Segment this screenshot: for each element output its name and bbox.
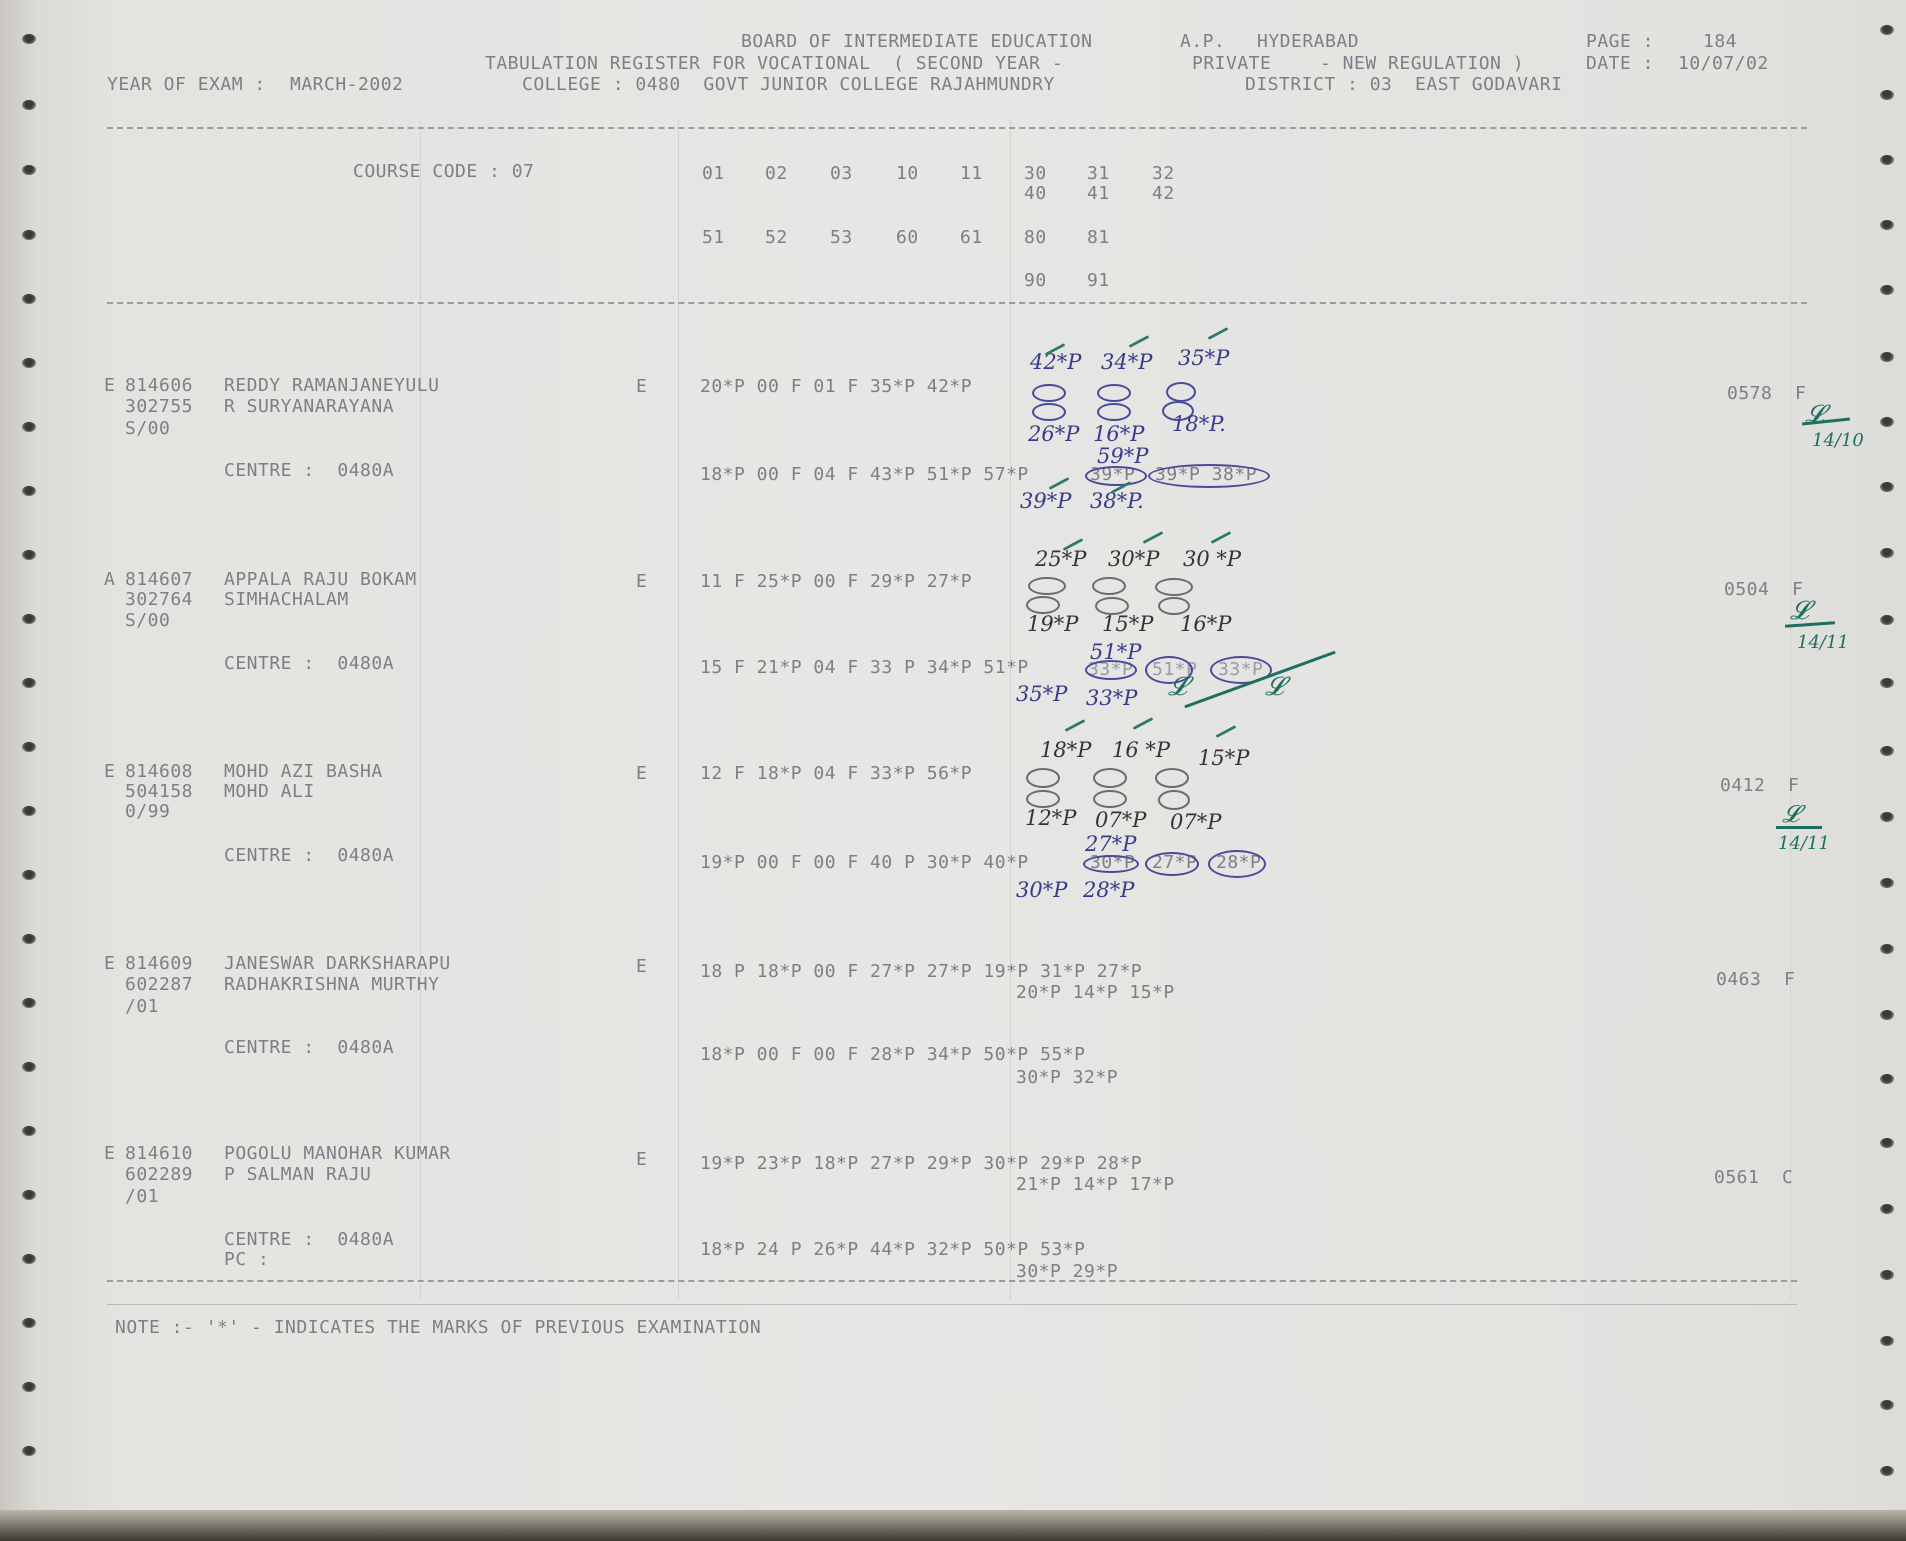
circle-mark <box>1148 464 1270 488</box>
feed-hole <box>22 1382 36 1392</box>
feed-hole <box>22 998 36 1008</box>
feed-hole <box>22 614 36 624</box>
handwritten-mark: 25*P <box>1035 547 1086 571</box>
board-city: HYDERABAD <box>1257 32 1359 52</box>
feed-hole <box>1880 1270 1894 1280</box>
marks-row-1b: 20*P 14*P 15*P <box>1016 983 1175 1003</box>
subject-code: 10 <box>896 164 919 184</box>
separator <box>107 1280 1797 1282</box>
feed-hole <box>22 1446 36 1456</box>
date-label: DATE : <box>1586 54 1654 74</box>
status-flag: E <box>104 762 115 782</box>
status-flag: E <box>104 376 115 396</box>
circled-n-mark <box>1097 384 1131 402</box>
student-code: 602287 <box>125 975 193 995</box>
signature-date: 14/11 <box>1778 833 1830 854</box>
father-name: MOHD ALI <box>224 782 315 802</box>
feed-hole <box>22 678 36 688</box>
feed-hole <box>1880 352 1894 362</box>
feed-hole <box>1880 90 1894 100</box>
check-tick-icon <box>1129 335 1150 348</box>
subject-code: 90 <box>1024 271 1047 291</box>
feed-hole <box>1880 1010 1894 1020</box>
feed-hole <box>22 1190 36 1200</box>
feed-hole <box>22 100 36 110</box>
handwritten-mark: 38*P. <box>1090 489 1144 513</box>
handwritten-mark: 39*P <box>1020 489 1071 513</box>
marks-row-1: 11 F 25*P 00 F 29*P 27*P <box>700 572 972 592</box>
category: 0/99 <box>125 802 170 822</box>
hall-ticket: 814607 <box>125 570 193 590</box>
medium: E <box>636 572 647 592</box>
handwritten-mark: 27*P <box>1085 832 1136 856</box>
marks-row-2: 18*P 00 F 04 F 43*P 51*P 57*P <box>700 465 1029 485</box>
handwritten-mark: 16*P <box>1093 422 1144 446</box>
marks-row-1b: 21*P 14*P 17*P <box>1016 1175 1175 1195</box>
subject-code: 11 <box>960 164 983 184</box>
marks-row-1: 18 P 18*P 00 F 27*P 27*P 19*P 31*P 27*P <box>700 962 1142 982</box>
result: F <box>1784 970 1795 990</box>
handwritten-mark: 30*P <box>1016 878 1067 902</box>
circled-n-mark <box>1093 768 1127 788</box>
exam-type: PRIVATE <box>1192 54 1271 74</box>
column-rule <box>420 120 421 1300</box>
marks-row-2: 18*P 00 F 00 F 28*P 34*P 50*P 55*P <box>700 1045 1085 1065</box>
handwritten-mark: 16 *P <box>1112 738 1170 762</box>
feed-hole <box>22 1318 36 1328</box>
column-rule <box>1790 120 1791 1300</box>
circled-n-mark <box>1155 768 1189 788</box>
marks-row-2b: 30*P 29*P <box>1016 1262 1118 1282</box>
centre: CENTRE : 0480A <box>224 654 394 674</box>
circled-n-mark <box>1032 384 1066 402</box>
feed-hole <box>22 422 36 432</box>
course-code: COURSE CODE : 07 <box>353 162 534 182</box>
check-tick-icon <box>1211 531 1232 544</box>
feed-hole <box>1880 878 1894 888</box>
category: S/00 <box>125 419 170 439</box>
feed-hole <box>1880 944 1894 954</box>
circled-n-mark <box>1166 382 1196 402</box>
subject-code: 60 <box>896 228 919 248</box>
marks-row-1: 12 F 18*P 04 F 33*P 56*P <box>700 764 972 784</box>
centre: CENTRE : 0480A <box>224 1038 394 1058</box>
feed-hole <box>1880 220 1894 230</box>
subject-code: 02 <box>765 164 788 184</box>
subject-code: 51 <box>702 228 725 248</box>
year-of-exam-label: YEAR OF EXAM : <box>107 75 266 95</box>
check-tick-icon <box>1208 327 1229 340</box>
medium: E <box>636 377 647 397</box>
feed-hole <box>22 1126 36 1136</box>
handwritten-mark: 35*P <box>1178 346 1229 370</box>
board-title: BOARD OF INTERMEDIATE EDUCATION <box>741 32 1092 52</box>
pc-label: PC : <box>224 1250 269 1270</box>
initial-mark: 𝓛 <box>1265 672 1284 703</box>
circled-n-mark <box>1097 403 1131 421</box>
student-code: 602289 <box>125 1165 193 1185</box>
feed-hole <box>22 1062 36 1072</box>
feed-hole <box>1880 482 1894 492</box>
student-name: MOHD AZI BASHA <box>224 762 383 782</box>
circle-mark <box>1208 850 1266 878</box>
column-rule <box>1010 120 1011 1300</box>
subject-code: 01 <box>702 164 725 184</box>
feed-hole <box>1880 548 1894 558</box>
father-name: P SALMAN RAJU <box>224 1165 371 1185</box>
feed-hole <box>1880 678 1894 688</box>
centre: CENTRE : 0480A <box>224 1230 394 1250</box>
hall-ticket: 814608 <box>125 762 193 782</box>
circled-n-mark <box>1155 578 1193 596</box>
total-marks: 0412 <box>1720 776 1765 796</box>
father-name: SIMHACHALAM <box>224 590 349 610</box>
handwritten-mark: 59*P <box>1097 444 1148 468</box>
signature-date: 14/11 <box>1797 632 1849 653</box>
handwritten-mark: 30 *P <box>1183 547 1241 571</box>
feed-hole <box>22 34 36 44</box>
tabulation-register-sheet: BOARD OF INTERMEDIATE EDUCATION A.P. HYD… <box>0 0 1906 1530</box>
feed-hole <box>22 358 36 368</box>
total-marks: 0504 <box>1724 580 1769 600</box>
total-marks: 0578 <box>1727 384 1772 404</box>
feed-hole <box>22 742 36 752</box>
centre: CENTRE : 0480A <box>224 846 394 866</box>
marks-row-2: 19*P 00 F 00 F 40 P 30*P 40*P <box>700 853 1029 873</box>
feed-hole <box>1880 155 1894 165</box>
category: /01 <box>125 997 159 1017</box>
separator <box>107 1304 1797 1305</box>
subject-code: 52 <box>765 228 788 248</box>
feed-hole <box>1880 285 1894 295</box>
marks-row-2: 15 F 21*P 04 F 33 P 34*P 51*P <box>700 658 1029 678</box>
signature-date: 14/10 <box>1812 430 1864 451</box>
father-name: R SURYANARAYANA <box>224 397 394 417</box>
initial-mark: 𝓛 <box>1168 672 1187 703</box>
category: S/00 <box>125 611 170 631</box>
page-number: 184 <box>1703 32 1737 52</box>
handwritten-mark: 12*P <box>1025 806 1076 830</box>
page-shadow <box>0 1510 1906 1541</box>
handwritten-mark: 18*P. <box>1172 412 1226 436</box>
handwritten-mark: 34*P <box>1101 350 1152 374</box>
handwritten-mark: 42*P <box>1030 350 1081 374</box>
status-flag: A <box>104 570 115 590</box>
subject-code: 03 <box>830 164 853 184</box>
feed-hole <box>1880 812 1894 822</box>
subject-code: 42 <box>1152 184 1175 204</box>
board-state: A.P. <box>1180 32 1225 52</box>
feed-hole <box>1880 1336 1894 1346</box>
subject-code: 30 <box>1024 164 1047 184</box>
student-name: POGOLU MANOHAR KUMAR <box>224 1144 451 1164</box>
signature-stroke <box>1776 826 1822 829</box>
hall-ticket: 814610 <box>125 1144 193 1164</box>
handwritten-mark: 07*P <box>1095 808 1146 832</box>
result: C <box>1782 1168 1793 1188</box>
feed-hole <box>1880 1466 1894 1476</box>
marks-row-1: 20*P 00 F 01 F 35*P 42*P <box>700 377 972 397</box>
year-of-exam: MARCH-2002 <box>290 75 403 95</box>
register-title: TABULATION REGISTER FOR VOCATIONAL ( SEC… <box>485 54 1063 74</box>
student-name: APPALA RAJU BOKAM <box>224 570 417 590</box>
subject-code: 40 <box>1024 184 1047 204</box>
subject-code: 61 <box>960 228 983 248</box>
marks-row-2: 18*P 24 P 26*P 44*P 32*P 50*P 53*P <box>700 1240 1085 1260</box>
feed-hole <box>1880 25 1894 35</box>
marks-row-2b: 30*P 32*P <box>1016 1068 1118 1088</box>
handwritten-mark: 15*P <box>1102 612 1153 636</box>
feed-hole <box>22 294 36 304</box>
handwritten-mark: 16*P <box>1180 612 1231 636</box>
district-info: DISTRICT : 03 EAST GODAVARI <box>1245 75 1562 95</box>
feed-hole <box>1880 1074 1894 1084</box>
handwritten-mark: 15*P <box>1198 746 1249 770</box>
student-name: JANESWAR DARKSHARAPU <box>224 954 451 974</box>
feed-hole <box>1880 746 1894 756</box>
circled-n-mark <box>1093 790 1127 808</box>
hall-ticket: 814606 <box>125 376 193 396</box>
feed-hole <box>1880 1138 1894 1148</box>
subject-code: 91 <box>1087 271 1110 291</box>
circled-n-mark <box>1028 577 1066 595</box>
student-name: REDDY RAMANJANEYULU <box>224 376 439 396</box>
examiner-signature: 𝓛 <box>1805 400 1824 431</box>
handwritten-mark: 51*P <box>1090 640 1141 664</box>
circle-mark <box>1145 852 1199 876</box>
feed-hole <box>22 870 36 880</box>
student-code: 302764 <box>125 590 193 610</box>
father-name: RADHAKRISHNA MURTHY <box>224 975 439 995</box>
subject-code: 53 <box>830 228 853 248</box>
feed-hole <box>1880 1204 1894 1214</box>
status-flag: E <box>104 954 115 974</box>
college-info: COLLEGE : 0480 GOVT JUNIOR COLLEGE RAJAH… <box>522 75 1055 95</box>
subject-code: 80 <box>1024 228 1047 248</box>
circled-n-mark <box>1032 403 1066 421</box>
circled-n-mark <box>1026 768 1060 788</box>
handwritten-mark: 28*P <box>1083 878 1134 902</box>
circle-mark <box>1083 855 1139 873</box>
check-tick-icon <box>1133 717 1154 730</box>
feed-hole <box>22 550 36 560</box>
medium: E <box>636 957 647 977</box>
examiner-signature: 𝓛 <box>1782 800 1799 828</box>
subject-code: 41 <box>1087 184 1110 204</box>
handwritten-mark: 33*P <box>1086 686 1137 710</box>
student-code: 504158 <box>125 782 193 802</box>
handwritten-mark: 26*P <box>1028 422 1079 446</box>
footer-note: NOTE :- '*' - INDICATES THE MARKS OF PRE… <box>115 1318 761 1338</box>
handwritten-mark: 35*P <box>1016 682 1067 706</box>
regulation: - NEW REGULATION ) <box>1320 54 1524 74</box>
total-marks: 0561 <box>1714 1168 1759 1188</box>
subject-code: 31 <box>1087 164 1110 184</box>
check-tick-icon <box>1143 531 1164 544</box>
status-flag: E <box>104 1144 115 1164</box>
medium: E <box>636 1150 647 1170</box>
check-tick-icon <box>1065 719 1086 732</box>
result: F <box>1788 776 1799 796</box>
circled-n-mark <box>1092 577 1126 595</box>
subject-code: 32 <box>1152 164 1175 184</box>
feed-hole <box>22 165 36 175</box>
print-date: 10/07/02 <box>1678 54 1769 74</box>
marks-row-1: 19*P 23*P 18*P 27*P 29*P 30*P 29*P 28*P <box>700 1154 1142 1174</box>
feed-hole <box>1880 615 1894 625</box>
handwritten-mark: 07*P <box>1170 810 1221 834</box>
separator <box>107 302 1807 304</box>
check-tick-icon <box>1216 725 1237 738</box>
feed-hole <box>22 486 36 496</box>
hall-ticket: 814609 <box>125 954 193 974</box>
feed-hole <box>22 230 36 240</box>
category: /01 <box>125 1187 159 1207</box>
feed-hole <box>1880 417 1894 427</box>
feed-hole <box>22 1254 36 1264</box>
handwritten-mark: 18*P <box>1040 738 1091 762</box>
handwritten-mark: 19*P <box>1027 612 1078 636</box>
page-label: PAGE : <box>1586 32 1654 52</box>
circled-n-mark <box>1158 790 1190 810</box>
separator <box>107 127 1807 129</box>
medium: E <box>636 764 647 784</box>
column-rule <box>678 120 679 1300</box>
feed-hole <box>22 934 36 944</box>
handwritten-mark: 30*P <box>1108 547 1159 571</box>
subject-code: 81 <box>1087 228 1110 248</box>
circle-mark <box>1085 466 1147 486</box>
feed-hole <box>1880 1400 1894 1410</box>
student-code: 302755 <box>125 397 193 417</box>
total-marks: 0463 <box>1716 970 1761 990</box>
feed-hole <box>22 806 36 816</box>
centre: CENTRE : 0480A <box>224 461 394 481</box>
